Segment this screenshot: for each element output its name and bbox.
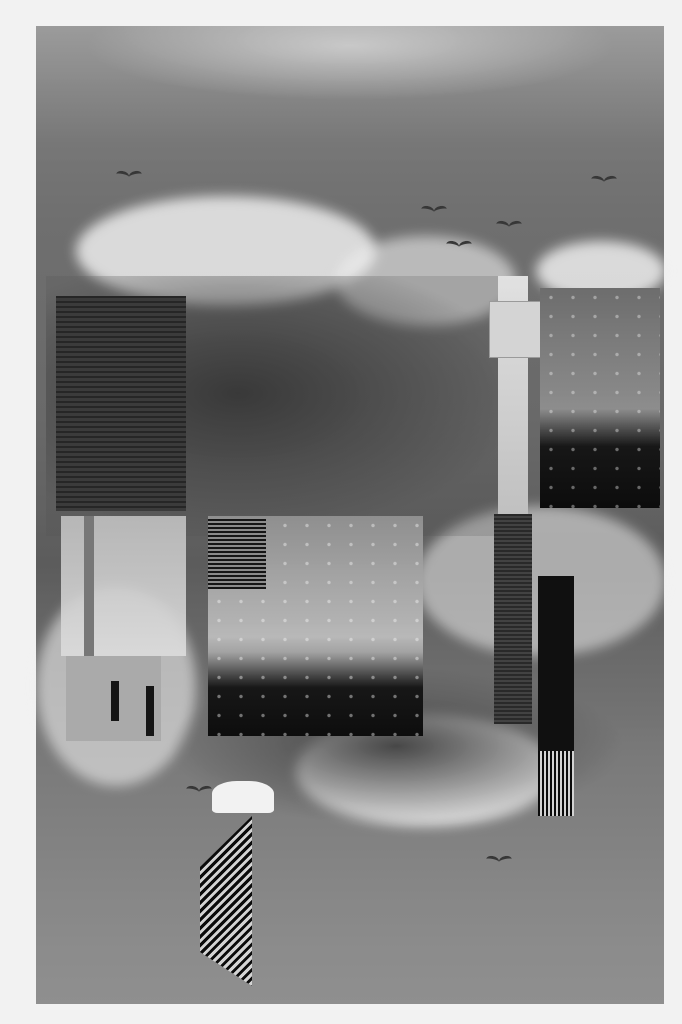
bird-icon <box>421 206 447 214</box>
white-fragment <box>212 781 274 813</box>
pillar-pair <box>111 681 119 721</box>
dark-strip <box>494 514 532 724</box>
dark-texture-panel <box>56 296 186 511</box>
gray-strip <box>84 516 94 676</box>
bird-icon <box>186 786 212 794</box>
bokeh-dots <box>540 288 660 508</box>
bird-icon <box>486 856 512 864</box>
vertical-stripes-patch <box>538 751 574 816</box>
bird-icon <box>446 241 472 249</box>
light-texture-panel <box>61 516 186 656</box>
collage-sheet <box>36 26 664 1004</box>
bird-icon <box>591 176 617 184</box>
blinds-patch <box>208 519 266 589</box>
bird-icon <box>116 171 142 179</box>
diagonal-striped-shard <box>200 816 252 986</box>
dark-tall-bar <box>538 576 574 751</box>
pillar-pair <box>146 686 154 736</box>
bird-icon <box>496 221 522 229</box>
